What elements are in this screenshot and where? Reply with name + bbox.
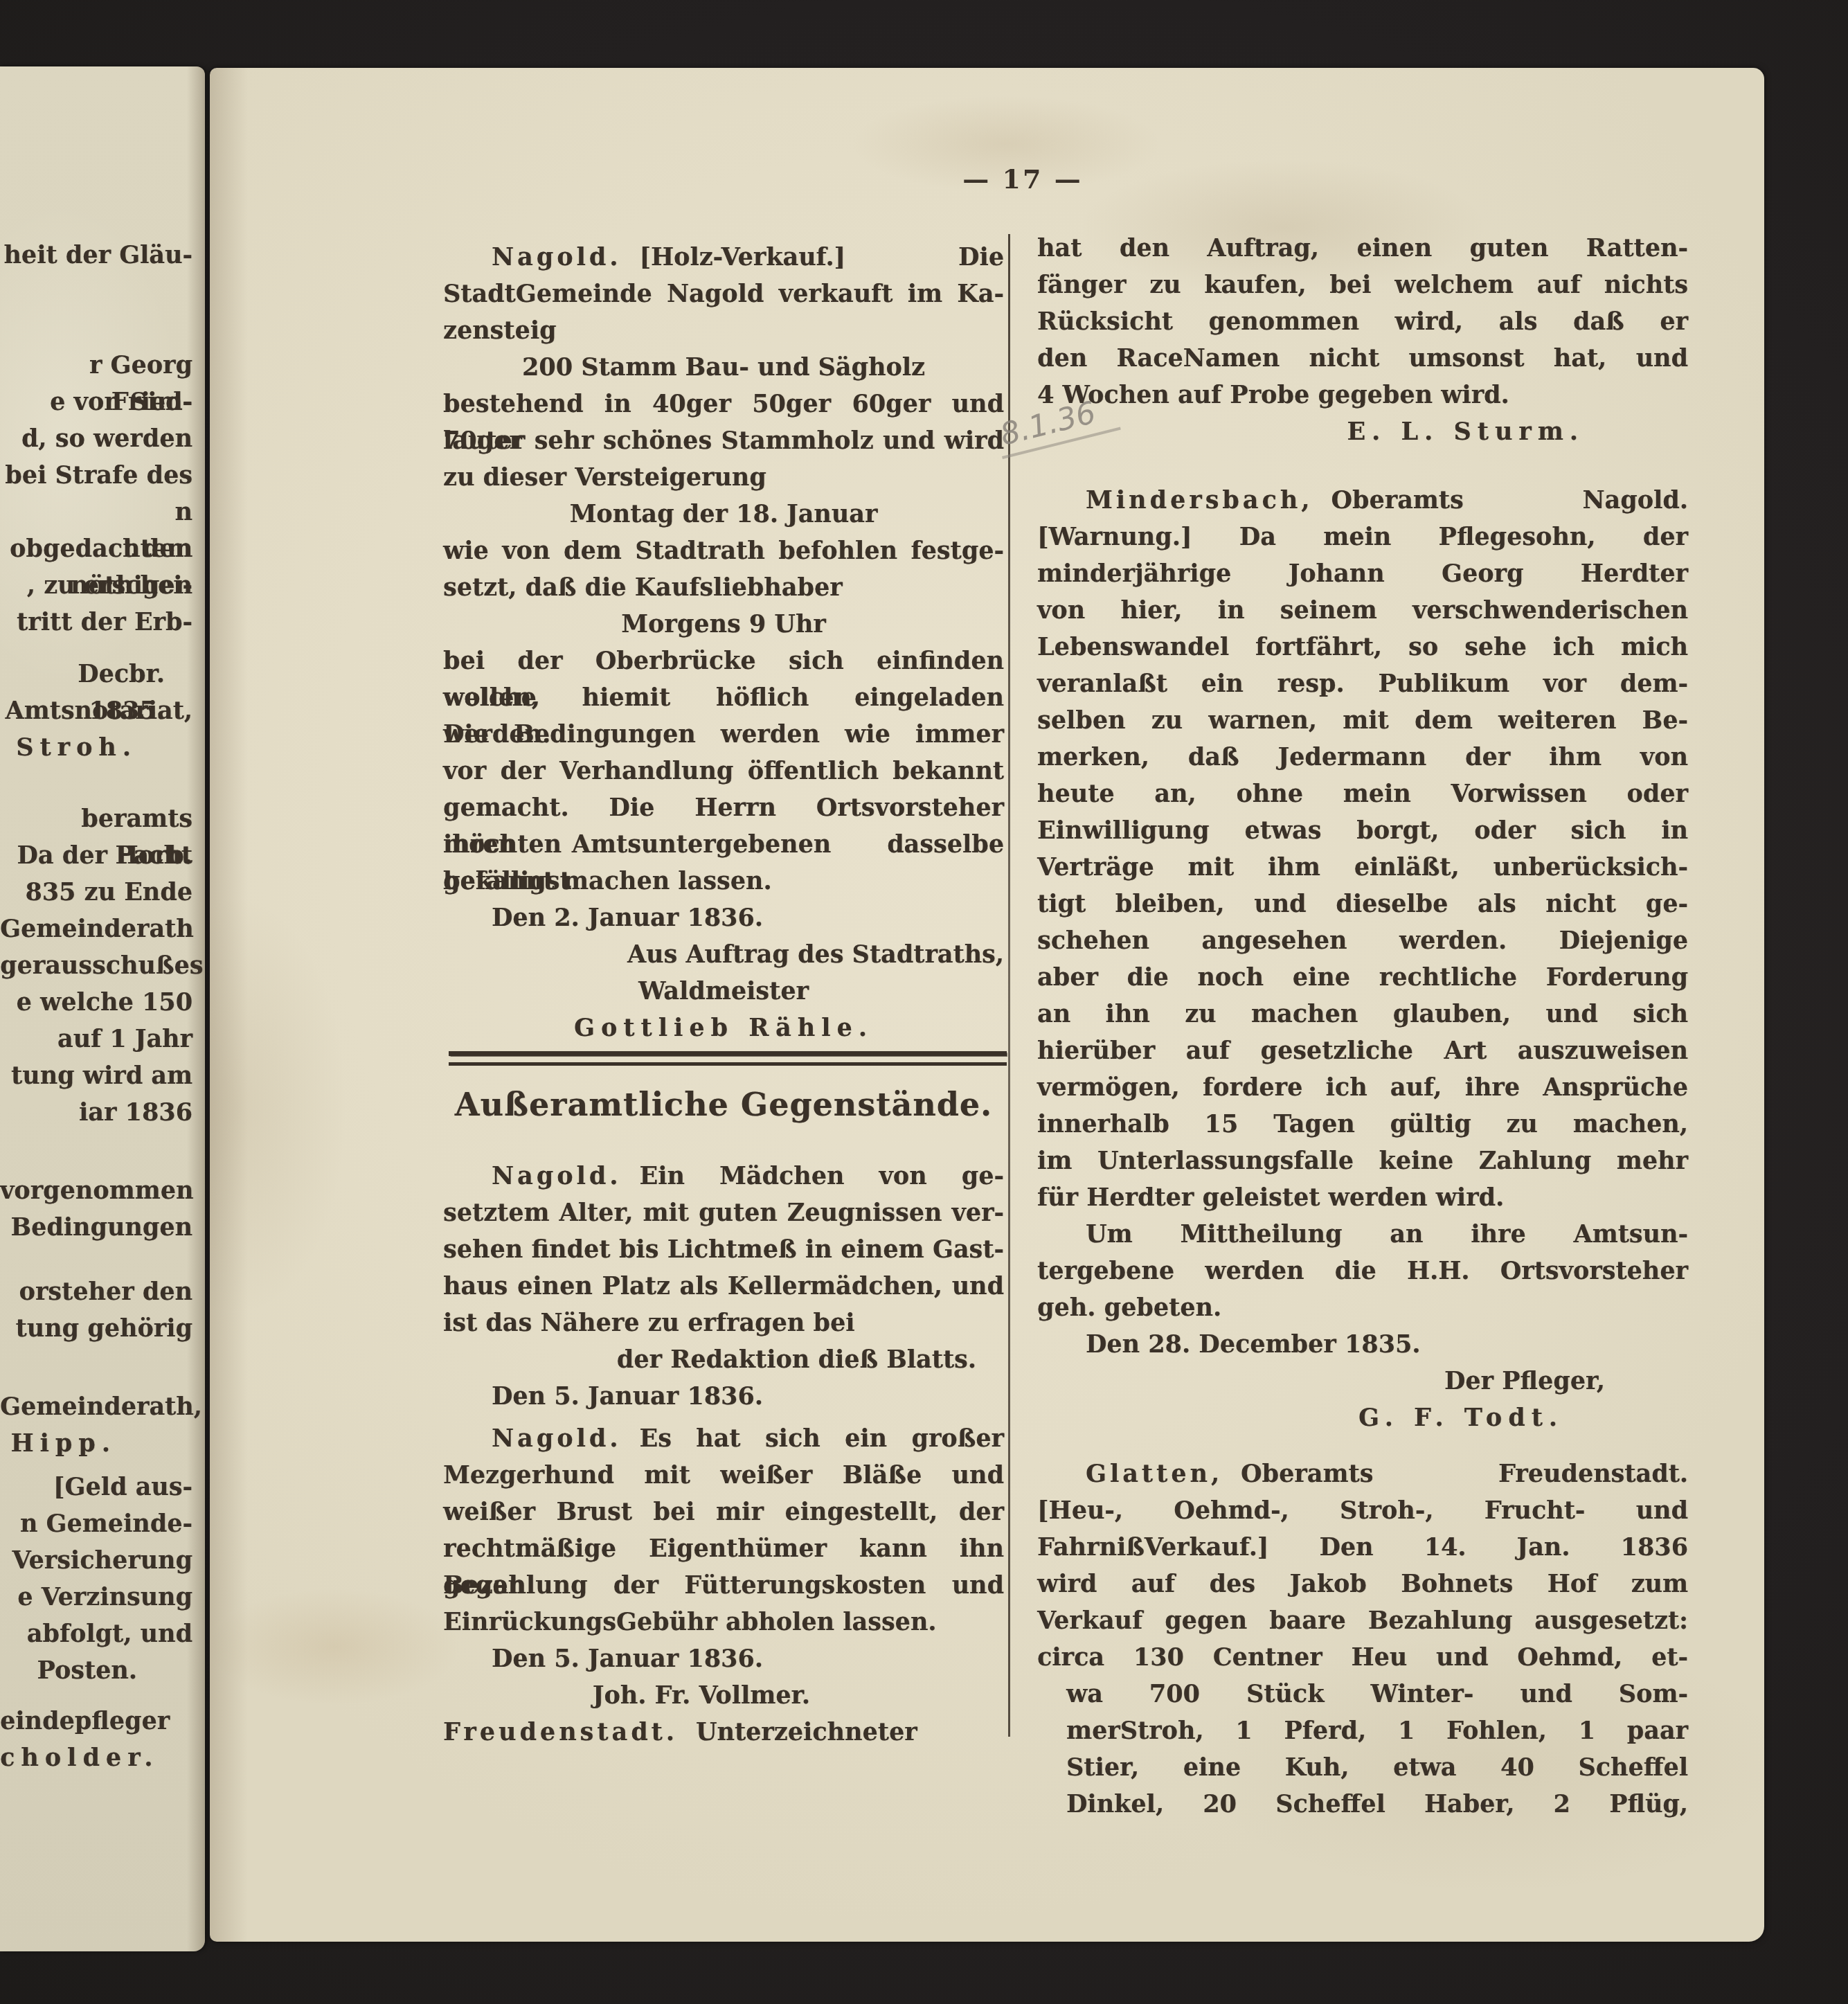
text-line: haus einen Platz als Kellermädchen, und (443, 1268, 1004, 1305)
date-line: Den 28. December 1835. (1037, 1326, 1688, 1363)
text-line: auf 1 Jahr (0, 1021, 192, 1057)
newspaper-scan: — 17 — 8.1.36 heit der Gläu- r Georg Fri… (0, 0, 1848, 2004)
text-line: Dinkel, 20 Scheffel Haber, 2 Pflüg, (1037, 1786, 1688, 1823)
middle-column-article-mezgerhund: Nagold.Es hat sich ein großer Mezgerhund… (443, 1420, 1004, 1751)
signature-line: Hipp. (0, 1425, 192, 1462)
text-line: StadtGemeinde Nagold verkauft im Ka- (443, 276, 1004, 312)
text-line: im Unterlassungsfalle keine Zahlung mehr (1037, 1143, 1688, 1179)
text-line: merStroh, 1 Pferd, 1 Fohlen, 1 paar (1037, 1712, 1688, 1749)
text-line: merken, daß Jedermann der ihm von (1037, 739, 1688, 776)
signature-line: Stroh. (0, 729, 192, 766)
text-line: gerausschußes (0, 947, 192, 984)
text-line: Stier, eine Kuh, etwa 40 Scheffel (1037, 1749, 1688, 1786)
text-line: Verträge mit ihm einläßt, unberücksich- (1037, 849, 1688, 886)
text-line: setztem Alter, mit guten Zeugnissen ver- (443, 1195, 1004, 1231)
text-line: zu dieser Versteigerung (443, 459, 1004, 496)
text-line: iar 1836 (0, 1094, 192, 1131)
text-line: tung wird am (0, 1057, 192, 1094)
text-line: lauter sehr schönes Stammholz und wird (443, 422, 1004, 459)
text-line: tritt der Erb- (0, 604, 192, 641)
middle-column-article-holzverkauf: Nagold.[Holz-Verkauf.] Die StadtGemeinde… (443, 239, 1004, 1046)
text-line: der Redaktion dieß Blatts. (443, 1341, 1004, 1378)
column-divider-rule (1008, 234, 1010, 1737)
text-line: ihren Amtsuntergebenen dasselbe gefällig… (443, 826, 1004, 863)
text-line: bei der Oberbrücke sich einfinden wollen… (443, 643, 1004, 679)
section-divider-double-rule (449, 1051, 1007, 1066)
text-line: ist das Nähere zu erfragen bei (443, 1305, 1004, 1341)
text-line: Amtsnotariat, (0, 692, 192, 729)
text-line: eindepfleger (0, 1703, 192, 1739)
text-line: weißer Brust bei mir eingestellt, der (443, 1494, 1004, 1530)
text-line: Die Bedingungen werden wie immer (443, 716, 1004, 753)
text-line: vorgenommen (0, 1172, 192, 1209)
text-line: an ihn zu machen glauben, und sich (1037, 996, 1688, 1032)
text-line: FahrnißVerkauf.] Den 14. Jan. 1836 (1037, 1529, 1688, 1566)
text-line: Decbr. 1835. (0, 656, 192, 692)
text-line: vermögen, fordere ich auf, ihre Ansprüch… (1037, 1069, 1688, 1106)
text-line: n obgedachtem (0, 494, 192, 530)
date-line: Den 2. Januar 1836. (443, 900, 1004, 936)
text-line: e von Sim- (0, 384, 192, 420)
right-column-article-warnung: Mindersbach,Oberamts Nagold. [Warnung.] … (1037, 482, 1688, 1436)
text-line: welche hiemit höflich eingeladen werden. (443, 679, 1004, 716)
text-line: wie von dem Stadtrath befohlen festge- (443, 533, 1004, 569)
text-line: circa 130 Centner Heu und Oehmd, et- (1037, 1639, 1688, 1676)
text-line: selben zu warnen, mit dem weiteren Be- (1037, 702, 1688, 739)
article-first-line: Mindersbach,Oberamts Nagold. (1037, 482, 1688, 519)
text-line: wa 700 Stück Winter- und Som- (1037, 1676, 1688, 1712)
text-line: tung gehörig (0, 1310, 192, 1347)
text-line: tigt bleiben, und dieselbe als nicht ge- (1037, 886, 1688, 922)
text-line: aber die noch eine rechtliche Forderung (1037, 959, 1688, 996)
text-line: Einwilligung etwas borgt, oder sich in (1037, 812, 1688, 849)
text-line: wird auf des Jakob Bohnets Hof zum (1037, 1566, 1688, 1602)
article-opener: Nagold. (492, 243, 621, 271)
right-column-article-glatten-verkauf: Glatten,Oberamts Freudenstadt. [Heu-, Oe… (1037, 1456, 1688, 1823)
text: Oberamts Freudenstadt. (1241, 1460, 1688, 1488)
text-line: EinrückungsGebühr abholen lassen. (443, 1604, 1004, 1640)
text: Oberamts Nagold. (1331, 486, 1688, 515)
text-line: bei Strafe des (0, 457, 192, 494)
text-line: veranlaßt ein resp. Publikum vor dem- (1037, 665, 1688, 702)
article-opener: Glatten, (1086, 1460, 1223, 1488)
article-first-line: Nagold.Es hat sich ein großer (443, 1420, 1004, 1457)
article-opener: Mindersbach, (1086, 486, 1313, 515)
section-heading: Außeramtliche Gegenstände. (443, 1086, 1004, 1123)
article-first-line: Nagold.Ein Mädchen von ge- (443, 1158, 1004, 1195)
text-line: Morgens 9 Uhr (443, 606, 1004, 643)
text-line: hat den Auftrag, einen guten Ratten- (1037, 230, 1688, 267)
left-column-fragments: heit der Gläu- r Georg Fried- e von Sim-… (0, 237, 192, 1776)
text-line: d, so werden (0, 420, 192, 457)
text-line: minderjährige Johann Georg Herdter (1037, 555, 1688, 592)
article-first-line: Freudenstadt.Unterzeichneter (443, 1714, 1004, 1751)
text-line: Verkauf gegen baare Bezahlung ausgesetzt… (1037, 1602, 1688, 1639)
text: Ein Mädchen von ge- (639, 1162, 1004, 1190)
text-line: Lebenswandel fortfährt, so sehe ich mich (1037, 629, 1688, 665)
text-line: beramts Horb. (0, 800, 192, 837)
text-line: bestehend in 40ger 50ger 60ger und 70ger (443, 386, 1004, 422)
middle-column-article-kellermaedchen: Nagold.Ein Mädchen von ge- setztem Alter… (443, 1158, 1004, 1415)
text-line: Bezahlung der Fütterungskosten und (443, 1567, 1004, 1604)
article-first-line: Glatten,Oberamts Freudenstadt. (1037, 1456, 1688, 1492)
text-line: n Gemeinde- (0, 1505, 192, 1542)
text-line: [Heu-, Oehmd-, Stroh-, Frucht- und (1037, 1492, 1688, 1529)
text-line: bekannt machen lassen. (443, 863, 1004, 900)
page-number: — 17 — (884, 163, 1161, 195)
text-line: den RaceNamen nicht umsonst hat, und (1037, 340, 1688, 377)
text-line: Um Mittheilung an ihre Amtsun- (1037, 1216, 1688, 1253)
text-line: Rücksicht genommen wird, als daß er (1037, 303, 1688, 340)
article-opener: Nagold. (492, 1424, 621, 1453)
text-line: vor der Verhandlung öffentlich bekannt (443, 753, 1004, 789)
text-line: [Warnung.] Da mein Pflegesohn, der (1037, 519, 1688, 555)
article-opener: Nagold. (492, 1162, 621, 1190)
signature-line: Gottlieb Rähle. (443, 1010, 1004, 1046)
text: Es hat sich ein großer (639, 1424, 1004, 1453)
text-line: innerhalb 15 Tagen gültig zu machen, (1037, 1106, 1688, 1143)
text-line: für Herdter geleistet werden wird. (1037, 1179, 1688, 1216)
text-line: fänger zu kaufen, bei welchem auf nichts (1037, 267, 1688, 303)
text-line: Der Pfleger, (1037, 1363, 1688, 1399)
text-line: rechtmäßige Eigenthümer kann ihn gegen (443, 1530, 1004, 1567)
text-line: [Geld aus- (0, 1469, 192, 1505)
signature-line: Joh. Fr. Vollmer. (443, 1677, 1004, 1714)
text-line: orsteher den (0, 1273, 192, 1310)
date-line: Den 5. Januar 1836. (443, 1378, 1004, 1415)
right-column-article-rattenfaenger: hat den Auftrag, einen guten Ratten- fän… (1037, 230, 1688, 450)
signature-line: cholder. (0, 1739, 192, 1776)
text-line: Mezgerhund mit weißer Bläße und (443, 1457, 1004, 1494)
text-line: geh. gebeten. (1037, 1289, 1688, 1326)
text-line: r Georg Fried- (0, 347, 192, 384)
text-line: 4 Wochen auf Probe gegeben wird. (1037, 377, 1688, 413)
text-line: Versicherung (0, 1542, 192, 1579)
text-line: tergebene werden die H.H. Ortsvorsteher (1037, 1253, 1688, 1289)
text-line: , zu erschei- (0, 567, 192, 604)
text-line: abfolgt, und (0, 1616, 192, 1652)
text-line: von hier, in seinem verschwenderischen (1037, 592, 1688, 629)
text-line: Gemeinderath, (0, 1388, 192, 1425)
signature-line: G. F. Todt. (1037, 1399, 1688, 1436)
text-line: Aus Auftrag des Stadtraths, (443, 936, 1004, 973)
text-line: Gemeinderath (0, 911, 192, 947)
signature-line: E. L. Sturm. (1037, 413, 1688, 450)
divider-bar (449, 1051, 1007, 1056)
text-line: 835 zu Ende (0, 874, 192, 911)
text: [Holz-Verkauf.] Die (639, 243, 1004, 271)
text: Unterzeichneter (696, 1718, 917, 1746)
date-line: Den 5. Januar 1836. (443, 1640, 1004, 1677)
article-first-line: Nagold.[Holz-Verkauf.] Die (443, 239, 1004, 276)
text-line: Da der Pacht (0, 837, 192, 874)
text-line: Bedingungen (0, 1209, 192, 1246)
text-line: gemacht. Die Herrn Ortsvorsteher möchten (443, 789, 1004, 826)
text-line: Posten. (0, 1652, 192, 1689)
text-line: Montag der 18. Januar (443, 496, 1004, 533)
divider-bar (449, 1062, 1007, 1066)
text-line: 200 Stamm Bau- und Sägholz (443, 349, 1004, 386)
text-line: e welche 150 (0, 984, 192, 1021)
text-line: hierüber auf gesetzliche Art auszuweisen (1037, 1032, 1688, 1069)
text-line: Waldmeister (443, 973, 1004, 1010)
text-line: heute an, ohne mein Vorwissen oder (1037, 776, 1688, 812)
text-line: setzt, daß die Kaufsliebhaber (443, 569, 1004, 606)
text-line: zensteig (443, 312, 1004, 349)
text-line: e Verzinsung (0, 1579, 192, 1616)
text-line: heit der Gläu- (0, 237, 192, 274)
text-line: schehen angesehen werden. Diejenige (1037, 922, 1688, 959)
text-line: sehen findet bis Lichtmeß in einem Gast- (443, 1231, 1004, 1268)
article-opener: Freudenstadt. (443, 1718, 678, 1746)
